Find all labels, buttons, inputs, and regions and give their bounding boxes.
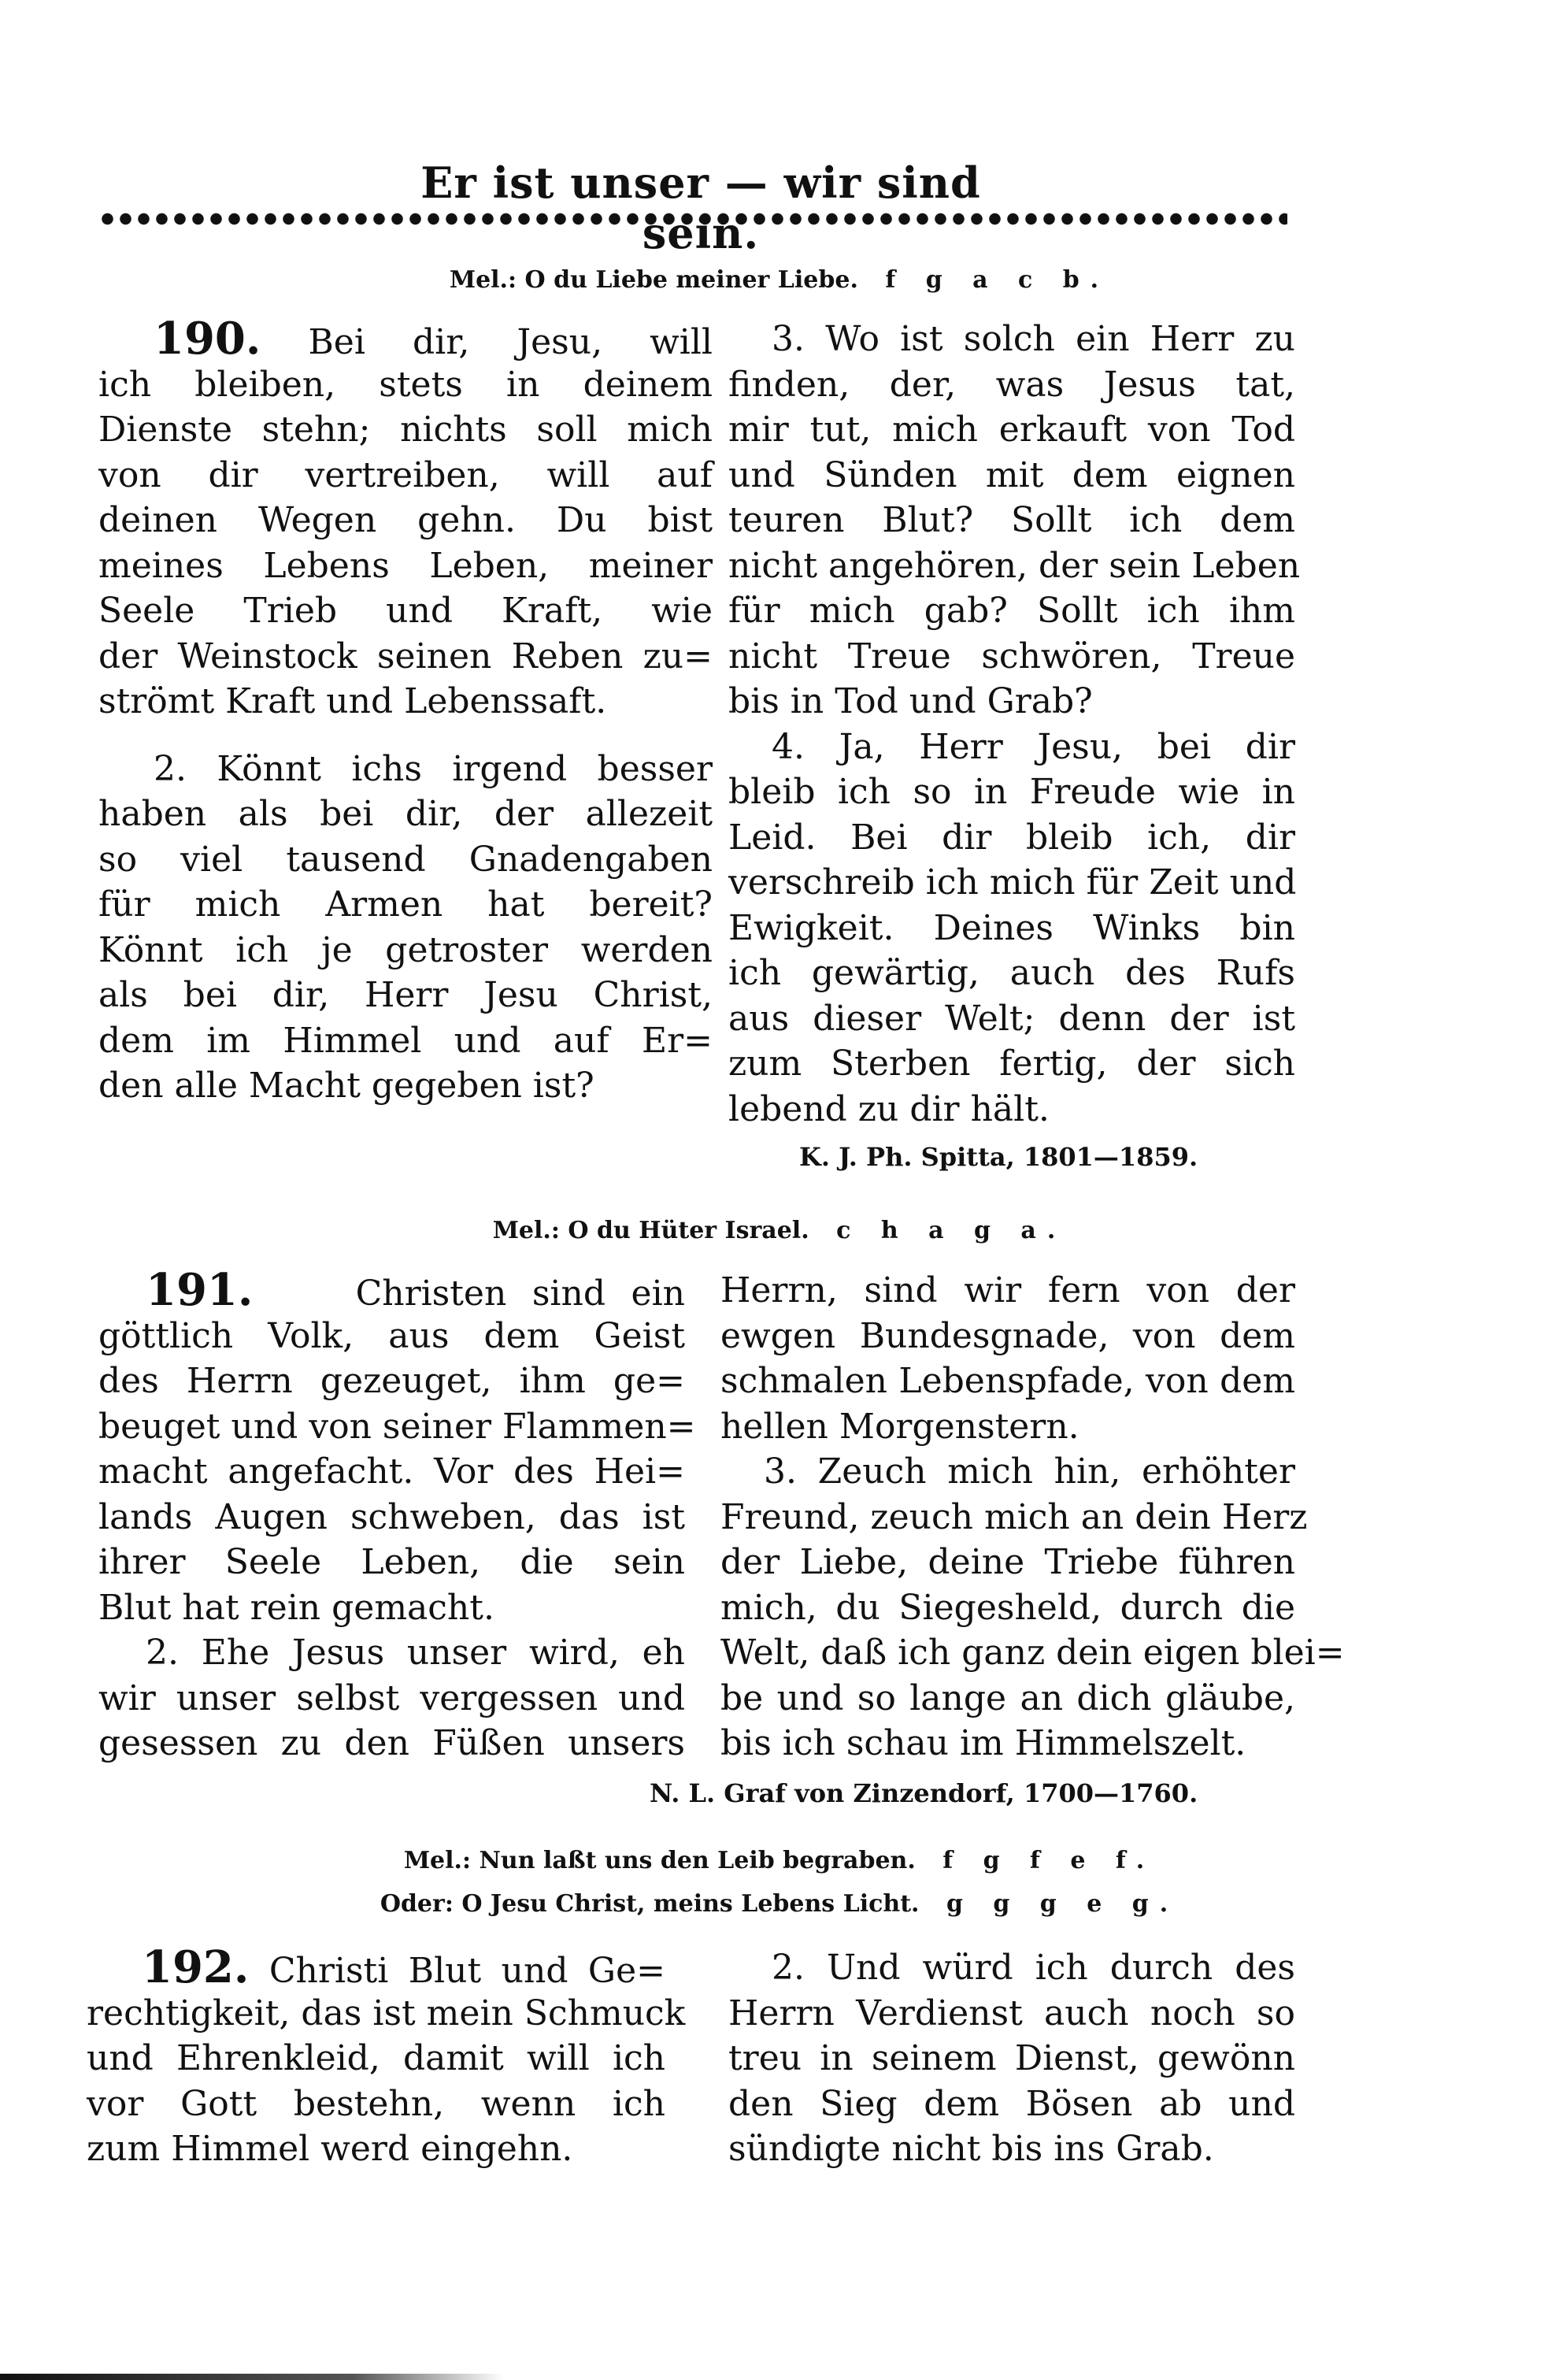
melody-label: Mel.:	[493, 1217, 560, 1244]
verse-line: der Weinstock seinen Reben zu=	[98, 634, 713, 680]
verse-number: 3.	[772, 319, 805, 359]
verse-line: als bei dir, Herr Jesu Christ,	[98, 973, 713, 1018]
verse-line: für mich gab? Sollt ich ihm	[728, 588, 1295, 634]
verse-line: finden, der, was Jesus tat,	[728, 362, 1295, 408]
verse-line: lebend zu dir hält.	[728, 1087, 1295, 1133]
verse-line: be und so lange an dich gläube,	[720, 1676, 1295, 1722]
verse-line: der Liebe, deine Triebe führen	[720, 1540, 1295, 1585]
melody-line-191: Mel.: O du Hüter Israel. c h a g a.	[0, 1217, 1559, 1244]
verse-line: aus dieser Welt; denn der ist	[728, 996, 1295, 1042]
verse-line: strömt Kraft und Lebenssaft.	[98, 679, 713, 725]
verse-line: mich, du Siegesheld, durch die	[720, 1585, 1295, 1631]
verse-line: den Sieg dem Bösen ab und	[728, 2082, 1295, 2127]
verse-line: Ewigkeit. Deines Winks bin	[728, 906, 1295, 951]
verse-line: 3. Zeuch mich hin, erhöhter	[720, 1449, 1295, 1495]
verse-line: 4. Ja, Herr Jesu, bei dir	[728, 725, 1295, 770]
melody-notes: c h a g a.	[836, 1217, 1066, 1244]
verse-line: 191. Christen sind ein	[98, 1268, 685, 1314]
dotted-rule	[98, 211, 1287, 227]
hymn-number: 192.	[142, 1941, 249, 1993]
hymnal-page: Er ist unser — wir sind sein. Mel.: O du…	[0, 0, 1559, 2380]
verse-line: 3. Wo ist solch ein Herr zu	[728, 317, 1295, 362]
verse-line: schmalen Lebenspfade, von dem	[720, 1359, 1295, 1404]
verse-line: Freund, zeuch mich an dein Herz	[720, 1495, 1295, 1540]
verse-line: für mich Armen hat bereit?	[98, 882, 713, 928]
verse-line: deinen Wegen gehn. Du bist	[98, 498, 713, 543]
hymn-190-left-column: 190. Bei dir, Jesu, will ich bleiben, st…	[98, 317, 713, 1109]
verse-line: ich gewärtig, auch des Rufs	[728, 951, 1295, 996]
verse-line: teuren Blut? Sollt ich dem	[728, 498, 1295, 543]
hymn-number: 191.	[146, 1264, 253, 1316]
hymn-190-right-column: 3. Wo ist solch ein Herr zu finden, der,…	[728, 317, 1295, 1132]
verse-line: zum Himmel werd eingehn.	[87, 2126, 665, 2172]
verse-line: haben als bei dir, der allezeit	[98, 791, 713, 837]
verse-line: 2. Ehe Jesus unser wird, eh	[98, 1630, 685, 1676]
melody-notes: f g a c b.	[885, 266, 1109, 294]
verse-line: mir tut, mich erkauft von Tod	[728, 407, 1295, 453]
verse-line: so viel tausend Gnadengaben	[98, 837, 713, 883]
verse-line: nicht angehören, der sein Leben	[728, 543, 1295, 589]
page-edge-shadow	[0, 2374, 504, 2380]
hymn-191-author: N. L. Graf von Zinzendorf, 1700—1760.	[650, 1778, 1198, 1808]
verse-line: ihrer Seele Leben, die sein	[98, 1540, 685, 1585]
verse-line: Könnt ich je getroster werden	[98, 928, 713, 973]
hymn-191-left-column: 191. Christen sind ein göttlich Volk, au…	[98, 1268, 685, 1766]
verse-line: meines Lebens Leben, meiner	[98, 543, 713, 589]
verse-number: 4.	[772, 727, 805, 767]
running-title: Er ist unser — wir sind sein.	[386, 158, 1016, 258]
verse-line: vor Gott bestehn, wenn ich	[87, 2082, 665, 2127]
verse-line: Welt, daß ich ganz dein eigen blei=	[720, 1630, 1295, 1676]
verse-line: ich bleiben, stets in deinem	[98, 362, 713, 408]
verse-line: rechtigkeit, das ist mein Schmuck	[87, 1991, 665, 2037]
melody-title: Nun laßt uns den Leib begraben.	[479, 1847, 915, 1874]
verse-line: des Herrn gezeuget, ihm ge=	[98, 1359, 685, 1404]
verse-line: den alle Macht gegeben ist?	[98, 1063, 713, 1109]
hymn-192-right-column: 2. Und würd ich durch des Herrn Verdiens…	[728, 1945, 1295, 2172]
verse-line: macht angefacht. Vor des Hei=	[98, 1449, 685, 1495]
melody-line-192: Mel.: Nun laßt uns den Leib begraben. f …	[0, 1847, 1559, 1874]
verse-line: Leid. Bei dir bleib ich, dir	[728, 815, 1295, 861]
verse-number: 3.	[764, 1451, 797, 1492]
melody-notes: g g g e g.	[946, 1890, 1179, 1918]
verse-line: sündigte nicht bis ins Grab.	[728, 2126, 1295, 2172]
melody-label: Mel.:	[404, 1847, 471, 1874]
melody-label: Oder:	[380, 1890, 454, 1918]
verse-line: 192. Christi Blut und Ge=	[87, 1945, 665, 1991]
verse-line: Blut hat rein gemacht.	[98, 1585, 685, 1631]
verse-line: gesessen zu den Füßen unsers	[98, 1721, 685, 1766]
verse-line: von dir vertreiben, will auf	[98, 453, 713, 499]
verse-line: treu in seinem Dienst, gewönn	[728, 2036, 1295, 2082]
verse-line: göttlich Volk, aus dem Geist	[98, 1314, 685, 1359]
verse-number: 2.	[146, 1633, 179, 1673]
verse-number: 2.	[772, 1948, 805, 1988]
hymn-190-author: K. J. Ph. Spitta, 1801—1859.	[799, 1142, 1198, 1172]
verse-line: verschreib ich mich für Zeit und	[728, 860, 1295, 906]
melody-title: O Jesu Christ, meins Lebens Licht.	[461, 1890, 919, 1918]
melody-alt-line-192: Oder: O Jesu Christ, meins Lebens Licht.…	[0, 1890, 1559, 1918]
verse-line: und Sünden mit dem eignen	[728, 453, 1295, 499]
melody-line-190: Mel.: O du Liebe meiner Liebe. f g a c b…	[0, 266, 1559, 294]
verse-line: ewgen Bundesgnade, von dem	[720, 1314, 1295, 1359]
verse-line: dem im Himmel und auf Er=	[98, 1018, 713, 1064]
verse-line: 2. Könnt ichs irgend besser	[98, 747, 713, 792]
verse-line: hellen Morgenstern.	[720, 1404, 1295, 1450]
verse-line: bis in Tod und Grab?	[728, 679, 1295, 725]
verse-line: wir unser selbst vergessen und	[98, 1676, 685, 1722]
verse-line: 2. Und würd ich durch des	[728, 1945, 1295, 1991]
melody-notes: f g f e f.	[942, 1847, 1155, 1874]
hymn-number: 190.	[154, 313, 261, 365]
verse-line: bleib ich so in Freude wie in	[728, 769, 1295, 815]
verse-line: nicht Treue schwören, Treue	[728, 634, 1295, 680]
verse-line: 190. Bei dir, Jesu, will	[98, 317, 713, 362]
verse-line: und Ehrenkleid, damit will ich	[87, 2036, 665, 2082]
verse-line: Dienste stehn; nichts soll mich	[98, 407, 713, 453]
verse-line: zum Sterben fertig, der sich	[728, 1041, 1295, 1087]
hymn-192-left-column: 192. Christi Blut und Ge= rechtigkeit, d…	[87, 1945, 665, 2172]
verse-line: Seele Trieb und Kraft, wie	[98, 588, 713, 634]
verse-line: Herrn, sind wir fern von der	[720, 1268, 1295, 1314]
melody-title: O du Hüter Israel.	[568, 1217, 809, 1244]
verse-line: Herrn Verdienst auch noch so	[728, 1991, 1295, 2037]
melody-label: Mel.:	[450, 266, 517, 294]
melody-title: O du Liebe meiner Liebe.	[525, 266, 858, 294]
hymn-191-right-column: Herrn, sind wir fern von der ewgen Bunde…	[720, 1268, 1295, 1766]
verse-line: beuget und von seiner Flammen=	[98, 1404, 685, 1450]
verse-line: bis ich schau im Himmelszelt.	[720, 1721, 1295, 1766]
verse-number: 2.	[154, 749, 187, 789]
verse-line: lands Augen schweben, das ist	[98, 1495, 685, 1540]
